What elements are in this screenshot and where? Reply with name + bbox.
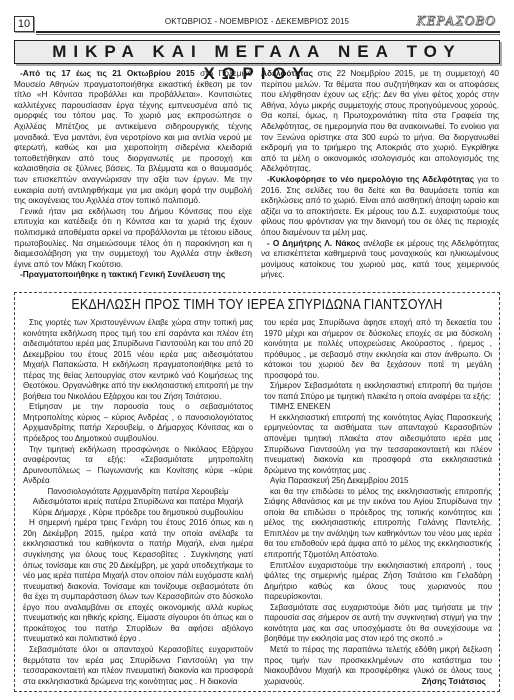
article-paragraph: Σεβασμιότατε σας ευχαριστούμε διότι μας …	[264, 603, 492, 645]
news-paragraph: - Ο Δημήτρης Λ. Νάκος ανέλαβε εκ μέρους …	[261, 238, 499, 280]
article-paragraph: Επιπλέον ευχαριστούμε την εκκλησιαστική …	[264, 561, 492, 603]
news-lead: -Από τις 17 έως τις 21 Οκτωβρίου 2015	[20, 68, 195, 78]
news-column-right: Αδελφότητας στις 22 Νοεμβρίου 2015, με τ…	[261, 68, 499, 280]
article-paragraph: Στις γιορτές των Χριστουγέννων έλαβε χώρ…	[23, 318, 253, 402]
news-text: στις 22 Νοεμβρίου 2015, με τη συμμετοχή …	[261, 68, 499, 173]
news-paragraph: -Κυκλοφόρησε το νέο ημερολόγιο της Αδελφ…	[261, 174, 499, 238]
news-text: Γενικά ήταν μια εκδήλωση του Δήμου Κόνιτ…	[14, 206, 252, 269]
article-paragraph: Ετίμησαν με την παρουσία τους ο σεβασμιό…	[23, 402, 253, 444]
article-paragraph: Η εκκλησιαστική επιτροπή της κοινότητας …	[264, 413, 492, 476]
article-paragraph: και θα την επιδώσει το μέλος της εκκλησι…	[264, 487, 492, 561]
brand-logo: ΚΕΡΑΣΟΒΟ	[417, 14, 496, 28]
news-lead: -Πραγματοποιήθηκε η τακτική Γενική Συνέλ…	[20, 269, 225, 279]
header-rule	[36, 31, 500, 35]
article-box: ΕΚΔΗΛΩΣΗ ΠΡΟΣ ΤΙΜΗ ΤΟΥ ΙΕΡΕΑ ΣΠΥΡΙΔΩΝΑ Γ…	[14, 292, 500, 692]
section-title: ΜΙΚΡΑ ΚΑΙ ΜΕΓΑΛΑ ΝΕΑ ΤΟΥ ΧΩΡΙΟΥ	[14, 40, 500, 64]
article-paragraph: Κύριε Δήμαρχε , Κύριε πρόεδρε του δημοτι…	[23, 508, 253, 519]
article-paragraph: Η σημερινή ημέρα τρεις Γενάρη του έτους …	[23, 518, 253, 645]
news-column-left: -Από τις 17 έως τις 21 Οκτωβρίου 2015 στ…	[14, 68, 252, 280]
news-paragraph: -Πραγματοποιήθηκε η τακτική Γενική Συνέλ…	[14, 269, 252, 280]
article-column-left: Στις γιορτές των Χριστουγέννων έλαβε χώρ…	[23, 318, 253, 687]
article-paragraph: Σεβασμιότατε όλοι οι απανταχού Κερασοβίτ…	[23, 645, 253, 687]
article-paragraph: Αγία Παρασκευή 25η Δεκεμβρίου 2015	[264, 476, 492, 487]
news-paragraph: -Από τις 17 έως τις 21 Οκτωβρίου 2015 στ…	[14, 68, 252, 206]
article-paragraph: ΤΙΜΗΣ ΕΝΕΚΕΝ	[264, 402, 492, 413]
article-paragraph: του ιερέα μας Σπυρίδωνα άφησε εποχή από …	[264, 318, 492, 381]
news-text: στο Πολεμικό Μουσείο Αθηνών πραγματοποιή…	[14, 68, 252, 205]
news-lead: - Ο Δημήτρης Λ. Νάκος	[267, 238, 360, 248]
article-column-right: του ιερέα μας Σπυρίδωνα άφησε εποχή από …	[264, 318, 492, 687]
news-paragraph: Γενικά ήταν μια εκδήλωση του Δήμου Κόνιτ…	[14, 206, 252, 270]
news-lead: Αδελφότητας	[261, 68, 313, 78]
article-paragraph: Σήμερον Σεβασμιότατε η εκκλησιαστική επι…	[264, 381, 492, 402]
article-paragraph: Αιδεσιμότατοι ιερείς πατέρα Σπυρίδωνα κα…	[23, 497, 253, 508]
page-header: 10 ΟΚΤΩΒΡΙΟΣ - ΝΟΕΜΒΡΙΟΣ - ΔΕΚΕΜΒΡΙΟΣ 20…	[14, 14, 500, 34]
article-paragraph: Πανοσιολογιότατε Αρχιμανδρίτη πατέρα Χερ…	[23, 487, 253, 498]
article-paragraph: Την τιμητική εκδήλωση προσφώνησε ο Νικόλ…	[23, 445, 253, 487]
news-paragraph: Αδελφότητας στις 22 Νοεμβρίου 2015, με τ…	[261, 68, 499, 174]
news-lead: -Κυκλοφόρησε το νέο ημερολόγιο της Αδελφ…	[267, 174, 474, 184]
article-title: ΕΚΔΗΛΩΣΗ ΠΡΟΣ ΤΙΜΗ ΤΟΥ ΙΕΡΕΑ ΣΠΥΡΙΔΩΝΑ Γ…	[49, 297, 465, 313]
